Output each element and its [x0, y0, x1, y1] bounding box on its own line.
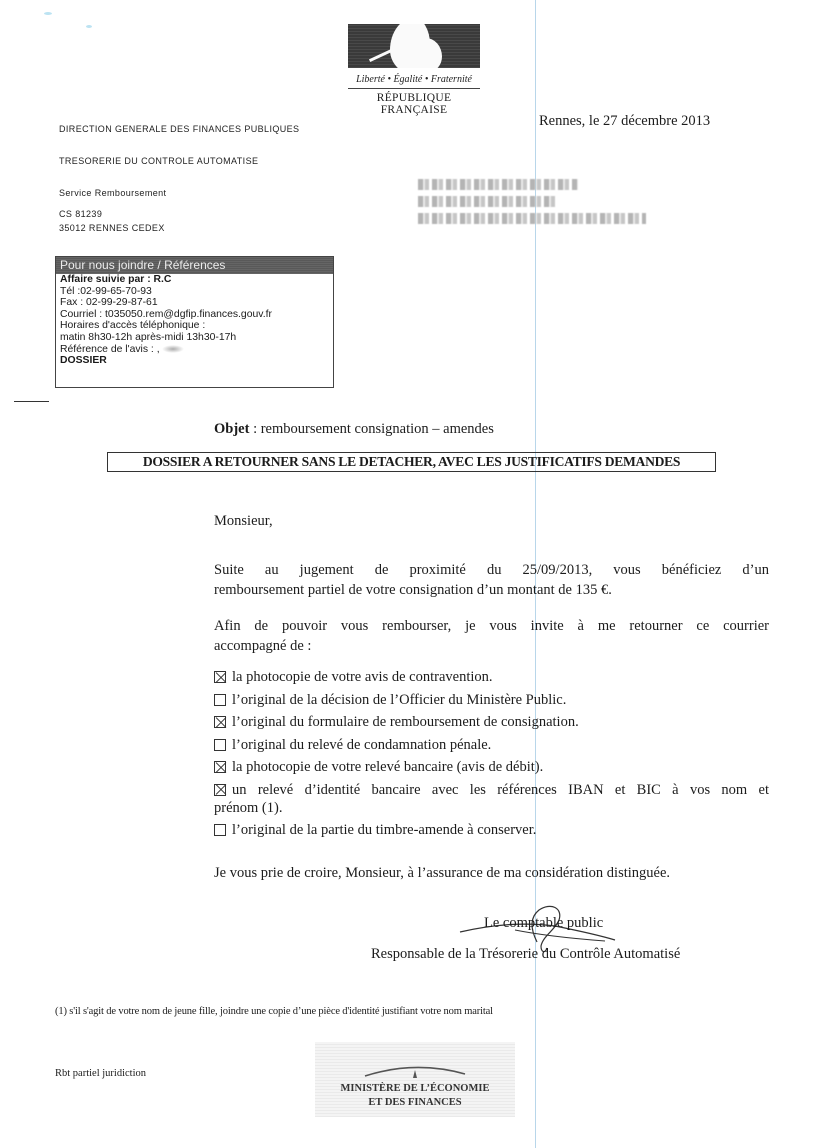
- checklist-item: l’original de la partie du timbre-amende…: [214, 821, 769, 844]
- checked-box-icon: [214, 716, 226, 728]
- subject-text: : remboursement consignation – amendes: [249, 421, 493, 437]
- dossier-label: DOSSIER: [60, 355, 107, 366]
- contact-fax: Fax : 02-99-29-87-61: [60, 297, 329, 309]
- reference-label: Référence de l'avis : ,: [60, 344, 160, 355]
- footer-reference: Rbt partiel juridiction: [55, 1068, 146, 1079]
- checklist-item: l’original du relevé de condamnation pén…: [214, 736, 769, 759]
- checked-box-icon: [214, 761, 226, 773]
- sender-tresorerie: TRESORERIE DU CONTROLE AUTOMATISE: [59, 156, 258, 166]
- checklist-item: la photocopie de votre avis de contraven…: [214, 668, 769, 691]
- scan-speck: [44, 12, 52, 15]
- paragraph-request-line1: Afin de pouvoir vous rembourser, je vous…: [214, 616, 769, 636]
- sender-direction: DIRECTION GENERALE DES FINANCES PUBLIQUE…: [59, 124, 299, 134]
- contact-box-title: Pour nous joindre / Références: [56, 257, 333, 274]
- contact-hours: matin 8h30-12h après-midi 13h30-17h: [60, 332, 329, 344]
- sender-service: Service Remboursement: [59, 188, 166, 198]
- empty-box-icon: [214, 824, 226, 836]
- scan-speck: [86, 25, 92, 28]
- checklist-item: la photocopie de votre relevé bancaire (…: [214, 758, 769, 781]
- paragraph-request-line2: accompagné de :: [214, 636, 769, 656]
- closing-formula: Je vous prie de croire, Monsieur, à l’as…: [214, 863, 670, 883]
- marianne-logo: Liberté • Égalité • Fraternité RÉPUBLIQU…: [348, 24, 480, 116]
- empty-box-icon: [214, 694, 226, 706]
- republic-motto: Liberté • Égalité • Fraternité: [348, 74, 480, 85]
- signatory-title: Le comptable public: [484, 913, 603, 933]
- ministry-line1: MINISTÈRE DE L’ÉCONOMIE: [315, 1082, 515, 1096]
- marianne-emblem-icon: [348, 24, 480, 68]
- redacted-recipient-address: [418, 179, 648, 230]
- paragraph-request: Afin de pouvoir vous rembourser, je vous…: [214, 616, 769, 656]
- salutation: Monsieur,: [214, 511, 273, 531]
- paragraph-judgment-line2: remboursement partiel de votre consignat…: [214, 580, 769, 600]
- paragraph-judgment-line1: Suite au jugement de proximité du 25/09/…: [214, 560, 769, 580]
- republic-name: RÉPUBLIQUE FRANÇAISE: [348, 88, 480, 116]
- paragraph-judgment: Suite au jugement de proximité du 25/09/…: [214, 560, 769, 600]
- contact-tel: Tél :02-99-65-70-93: [60, 286, 329, 298]
- subject-line: Objet : remboursement consignation – ame…: [214, 421, 494, 438]
- letter-date: Rennes, le 27 décembre 2013: [539, 113, 710, 130]
- return-instructions-banner: DOSSIER A RETOURNER SANS LE DETACHER, AV…: [107, 452, 716, 472]
- fold-mark: [14, 401, 49, 402]
- ministry-logo: MINISTÈRE DE L’ÉCONOMIE ET DES FINANCES: [315, 1042, 515, 1117]
- sender-city: 35012 RENNES CEDEX: [59, 223, 165, 233]
- ministry-line2: ET DES FINANCES: [315, 1096, 515, 1110]
- checklist-item: l’original de la décision de l’Officier …: [214, 691, 769, 714]
- ministry-arc-icon: [360, 1060, 470, 1080]
- empty-box-icon: [214, 739, 226, 751]
- contact-hours-label: Horaires d'accès téléphonique :: [60, 320, 329, 332]
- checklist-item: l’original du formulaire de remboursemen…: [214, 713, 769, 736]
- signatory-role: Responsable de la Trésorerie du Contrôle…: [371, 944, 680, 964]
- checked-box-icon: [214, 671, 226, 683]
- sender-cs: CS 81239: [59, 209, 102, 219]
- redacted-reference: [162, 345, 184, 353]
- required-documents-checklist: la photocopie de votre avis de contraven…: [214, 668, 769, 843]
- followed-by: Affaire suivie par : R.C: [60, 274, 171, 285]
- contact-email: Courriel : t035050.rem@dgfip.finances.go…: [60, 309, 329, 321]
- subject-label: Objet: [214, 421, 249, 437]
- checked-box-icon: [214, 784, 226, 796]
- footnote: (1) s'il s'agit de votre nom de jeune fi…: [55, 1006, 493, 1017]
- checklist-item: un relevé d’identité bancaire avec les r…: [214, 781, 769, 821]
- contact-reference-box: Pour nous joindre / Références Affaire s…: [55, 256, 334, 388]
